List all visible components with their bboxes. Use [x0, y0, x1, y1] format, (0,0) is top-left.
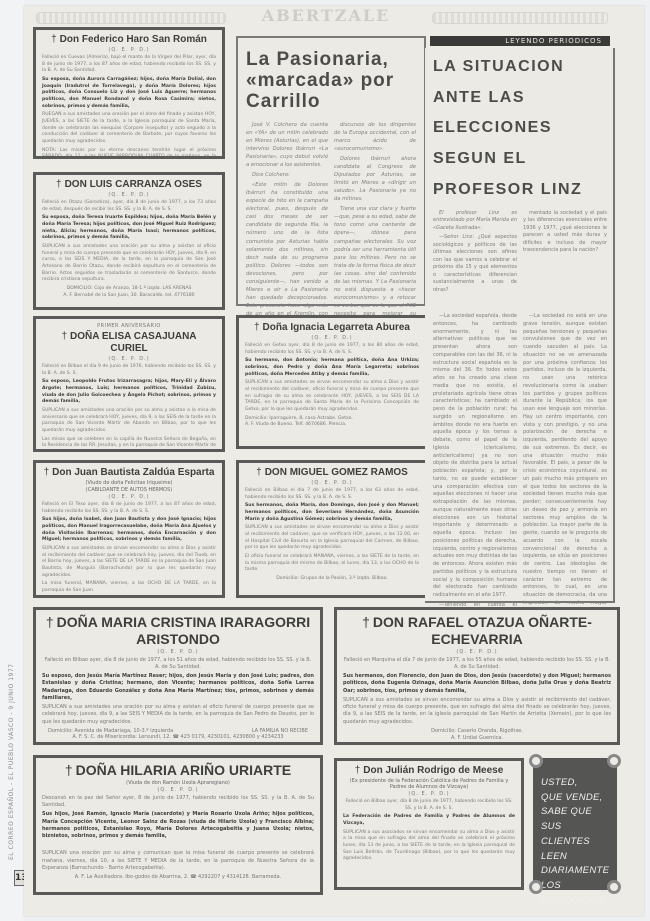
obituary-name: †DON RAFAEL OTAZUA OÑARTE-ECHEVARRIA: [343, 614, 611, 648]
obituary-name: †DOÑA HILARIA ARIÑO URIARTE: [42, 762, 314, 779]
ad-text-line: PERIODICOS: [541, 894, 611, 909]
cross-icon: †: [65, 762, 73, 778]
article-linz-continued: —La sociedad española, desde entonces, h…: [425, 313, 615, 603]
cross-icon: †: [46, 614, 54, 630]
obituary-name: †DON LUIS CARRANZA OSES: [42, 179, 216, 191]
obituary-footer: Domicilio: Gorona Bisutxo, 20, bajo izqu…: [42, 597, 216, 598]
obituary-legarreta: †Doña Ignacia Legarreta Aburea (Q. E. P.…: [236, 315, 428, 449]
header-ornament-left: [36, 12, 226, 24]
article-column-1: El profesor Linz es entrevistado por Mar…: [433, 210, 517, 297]
obituary-family: La Federación de Padres de Familia y Pad…: [343, 814, 515, 827]
obituary-request: SUPLICAN a sus amistades una oración por…: [42, 704, 314, 726]
obituary-body: Falleció en Otazu (Gorostiza), ayer, día…: [42, 200, 216, 213]
obituary-extra: El oficio funeral se celebrará MAÑANA, v…: [245, 554, 419, 574]
obituary-subtitle-2: (CABILDANTE DE AUTOS HERMOS): [42, 487, 216, 493]
obituary-request: SUPLICAN a sus amistades se sirvan encom…: [245, 380, 419, 413]
obituary-footer: Domicilio: Caserío Oranda, Rigoitixe. A.…: [343, 728, 611, 743]
article-columns: José V. Colchero da cuenta en «YA» de un…: [246, 121, 416, 345]
paragraph: Dice Colchero:: [246, 171, 328, 179]
paragraph: Dolores Ibárruri ahora candidata al Cong…: [334, 155, 416, 203]
ad-text-line: QUE VENDE,: [541, 791, 611, 806]
obituary-name: †Don Federico Haro San Román: [42, 34, 216, 46]
rip-label: (Q. E. P. D.): [245, 335, 419, 341]
ad-text-line: SABE QUE: [541, 805, 611, 820]
ad-text-line: LEEN: [541, 850, 611, 865]
obituary-name: †DOÑA MARIA CRISTINA IRARAGORRI ARISTOND…: [42, 614, 314, 648]
ornament-corner-icon: [529, 754, 543, 768]
obituary-no-visits: LA FAMILIA NO RECIBE: [252, 728, 308, 734]
advertisement-box: USTED, QUE VENDE, SABE QUE SUS CLIENTES …: [533, 758, 617, 890]
obituary-note: NOTA: Las misas por su eterno descanso t…: [42, 148, 216, 159]
article-pasionaria: La Pasionaria, «marcada» por Carrillo Jo…: [236, 36, 426, 306]
obituary-family: Su esposa, doña Aurora Carragáñez; hijos…: [42, 77, 216, 110]
obituary-arino: †DOÑA HILARIA ARIÑO URIARTE (Viuda de do…: [33, 755, 323, 895]
header-ornament-right: [432, 12, 608, 24]
obituary-body: Falleció en Bilbao el día 9 de junio de …: [42, 364, 216, 377]
obituary-family: Su hermano, don Antonio; hermana polític…: [245, 358, 419, 378]
obituary-request: SUPLICAN a sus asociados se sirvan encom…: [343, 830, 515, 863]
obituary-request: SUPLICAN a sus amistades se sirvan encom…: [245, 525, 419, 552]
rip-label: (Q. E. P. D.): [245, 480, 419, 486]
obituary-body: Falleció en Cuevas (Almería), bajo el ma…: [42, 55, 216, 75]
obituary-footer: A. F. La Auxiliadora. Ibo-godos de Abarr…: [42, 874, 314, 881]
obituary-request: SUPLICAN a sus amistades se sirvan encom…: [42, 546, 216, 579]
obituary-family: Sus hermanos, don Florencio, don Juan de…: [343, 673, 611, 695]
cross-icon: †: [355, 765, 361, 776]
obituary-name: †Doña Ignacia Legarreta Aburea: [245, 322, 419, 334]
obituary-body: Falleció en Marquina el día 7 de junio d…: [343, 657, 611, 672]
obituary-family: Su esposo, Leopoldo Frutos Irizarrasagra…: [42, 379, 216, 406]
anniversary-label: PRIMER ANIVERSARIO: [42, 323, 216, 329]
paragraph: —Señor Linz: ¿Qué aspectos sociológicos …: [433, 234, 517, 294]
obituary-extra: La misa funeral, MAÑANA, viernes, a las …: [42, 581, 216, 594]
rip-label: (Q. E. P. D.): [42, 649, 314, 655]
obituary-footer: Domicilio: Grupos de la Pasión, 3.º izqd…: [245, 576, 419, 583]
article-column-1: José V. Colchero da cuenta en «YA» de un…: [246, 121, 328, 345]
article-headline: La Pasionaria, «marcada» por Carrillo: [246, 50, 416, 113]
obituary-iraragorri: †DOÑA MARIA CRISTINA IRARAGORRI ARISTOND…: [33, 607, 323, 745]
section-tag-leyendo-periodicos: LEYENDO PERIODICOS: [430, 36, 610, 46]
cross-icon: †: [254, 322, 260, 333]
obituary-zaldua: †Don Juan Bautista Zaldúa Esparta (Viudo…: [33, 460, 225, 598]
rip-label: (Q. E. P. D.): [42, 47, 216, 53]
obituary-otazua: †DON RAFAEL OTAZUA OÑARTE-ECHEVARRIA (Q.…: [334, 607, 620, 745]
article-linz: LA SITUACION ANTE LAS ELECCIONES SEGUN E…: [425, 48, 615, 313]
rip-label: (Q. E. P. D.): [42, 356, 216, 362]
ad-text-line: LOS: [541, 879, 611, 894]
obituary-gomez: †DON MIGUEL GOMEZ RAMOS (Q. E. P. D.) Fa…: [236, 460, 428, 598]
ad-text-line: USTED,: [541, 776, 611, 791]
obituary-subtitle: (Ex presidente de la Federación Católica…: [343, 778, 515, 790]
obituary-body: Falleció en El Texo ayer, día 8 de junio…: [42, 502, 216, 515]
article-columns: El profesor Linz es entrevistado por Mar…: [433, 210, 607, 297]
rip-label: (Q. E. P. D.): [42, 494, 216, 500]
cross-icon: †: [362, 614, 370, 630]
obituary-request: SUPLICAN a sus amistades se sirvan encom…: [343, 697, 611, 726]
obituary-request: SUPLICAN una oración por su alma y comun…: [42, 850, 314, 872]
rip-label: (Q. E. P. D.): [343, 649, 611, 655]
article-column-2: discursos de los dirigentes de la Europa…: [334, 121, 416, 345]
article-headline: LA SITUACION ANTE LAS ELECCIONES SEGUN E…: [433, 52, 607, 206]
ornament-corner-icon: [529, 880, 543, 894]
paragraph: El profesor Linz es entrevistado por Mar…: [433, 210, 517, 233]
obituary-name: †Don Julián Rodrigo de Meese: [343, 765, 515, 777]
obituary-body: Falleció en Bilbao ayer, día 8 de junio …: [42, 657, 314, 672]
cross-icon: †: [61, 331, 67, 342]
cross-icon: †: [56, 179, 62, 190]
paragraph: mentado la sociedad y el país y las dife…: [523, 210, 607, 255]
obituary-name: †DOÑA ELISA CASAJUANA CURIEL: [42, 331, 216, 355]
section-header-ghost: ABERTZALE: [236, 6, 416, 26]
obituary-haro: †Don Federico Haro San Román (Q. E. P. D…: [33, 27, 225, 159]
rip-label: (Q. E. P. D.): [42, 787, 314, 793]
obituary-family: Sus hijos, doña Isabel, don Juan Bautist…: [42, 517, 216, 544]
obituary-family: Sus hermanos, doña María, don Domingo, d…: [245, 503, 419, 523]
obituary-footer: A. F. S. C. de Misericordia: Lersundi, 1…: [42, 734, 314, 741]
cross-icon: †: [256, 467, 262, 478]
cross-icon: †: [44, 467, 50, 478]
obituary-request: SUPLICAN a sus amistades una oración por…: [42, 408, 216, 435]
ad-text-line: DIARIAMENTE: [541, 864, 611, 879]
obituary-body: Descansó en la paz del Señor ayer, 8 de …: [42, 795, 314, 810]
cross-icon: †: [51, 34, 57, 45]
obituary-footer: Domicilio: Iparraguirre, 8, casa Astrabe…: [245, 416, 419, 429]
obituary-footer: DOMICILIO: Cojo de Aranzo, 18-1.º izqda.…: [42, 286, 216, 299]
article-column-2: mentado la sociedad y el país y las dife…: [523, 210, 607, 297]
obituary-casajuana: PRIMER ANIVERSARIO †DOÑA ELISA CASAJUANA…: [33, 316, 225, 452]
obituary-request: RUEGAN a sus amistades una oración por e…: [42, 112, 216, 145]
paragraph: José V. Colchero da cuenta en «YA» de un…: [246, 121, 328, 169]
paragraph: —La sociedad española, desde entonces, h…: [433, 313, 517, 600]
obituary-family: Sus hijos, José Ramón, Ignacio María (sa…: [42, 811, 314, 840]
obituary-name: †Don Juan Bautista Zaldúa Esparta: [42, 467, 216, 479]
obituary-extra: Las misas que se celebren en la capilla …: [42, 437, 216, 452]
obituary-family: Su esposa, doña Teresa Iruarte Espildea;…: [42, 215, 216, 242]
obituary-subtitle: (Viudo de doña Felicitas Iriqueime): [42, 480, 216, 486]
obituary-address: Domicilio: Avenida de Madariaga, 10-3.º …: [48, 728, 173, 734]
ornament-corner-icon: [607, 880, 621, 894]
obituary-rodrigo: †Don Julián Rodrigo de Meese (Ex preside…: [334, 758, 524, 890]
paragraph: discursos de los dirigentes de la Europa…: [334, 121, 416, 153]
obituary-carranza: †DON LUIS CARRANZA OSES (Q. E. P. D.) Fa…: [33, 172, 225, 310]
ornament-corner-icon: [607, 754, 621, 768]
obituary-body: Falleció en Bilbao ayer, día 8 de junio …: [343, 799, 515, 812]
obituary-body: Falleció en Getxo ayer, día 8 de junio d…: [245, 343, 419, 356]
rip-label: (Q. E. P. D.): [42, 192, 216, 198]
obituary-subtitle: (Viuda de don Ramón Uxola Apraregiano): [42, 780, 314, 786]
obituary-family: Su esposo, don Jesús María Martínez Rese…: [42, 673, 314, 702]
spine-caption: EL CORREO ESPAÑOL - EL PUEBLO VASCO - 9 …: [8, 660, 18, 860]
obituary-body: Falleció en Bilbao el día 7 de junio de …: [245, 488, 419, 501]
obituary-name: †DON MIGUEL GOMEZ RAMOS: [245, 467, 419, 479]
obituary-request: SUPLICAN a sus amistades una oración por…: [42, 244, 216, 284]
rip-label: (Q. E. P. D.): [343, 791, 515, 797]
ad-text-line: SUS CLIENTES: [541, 820, 611, 849]
